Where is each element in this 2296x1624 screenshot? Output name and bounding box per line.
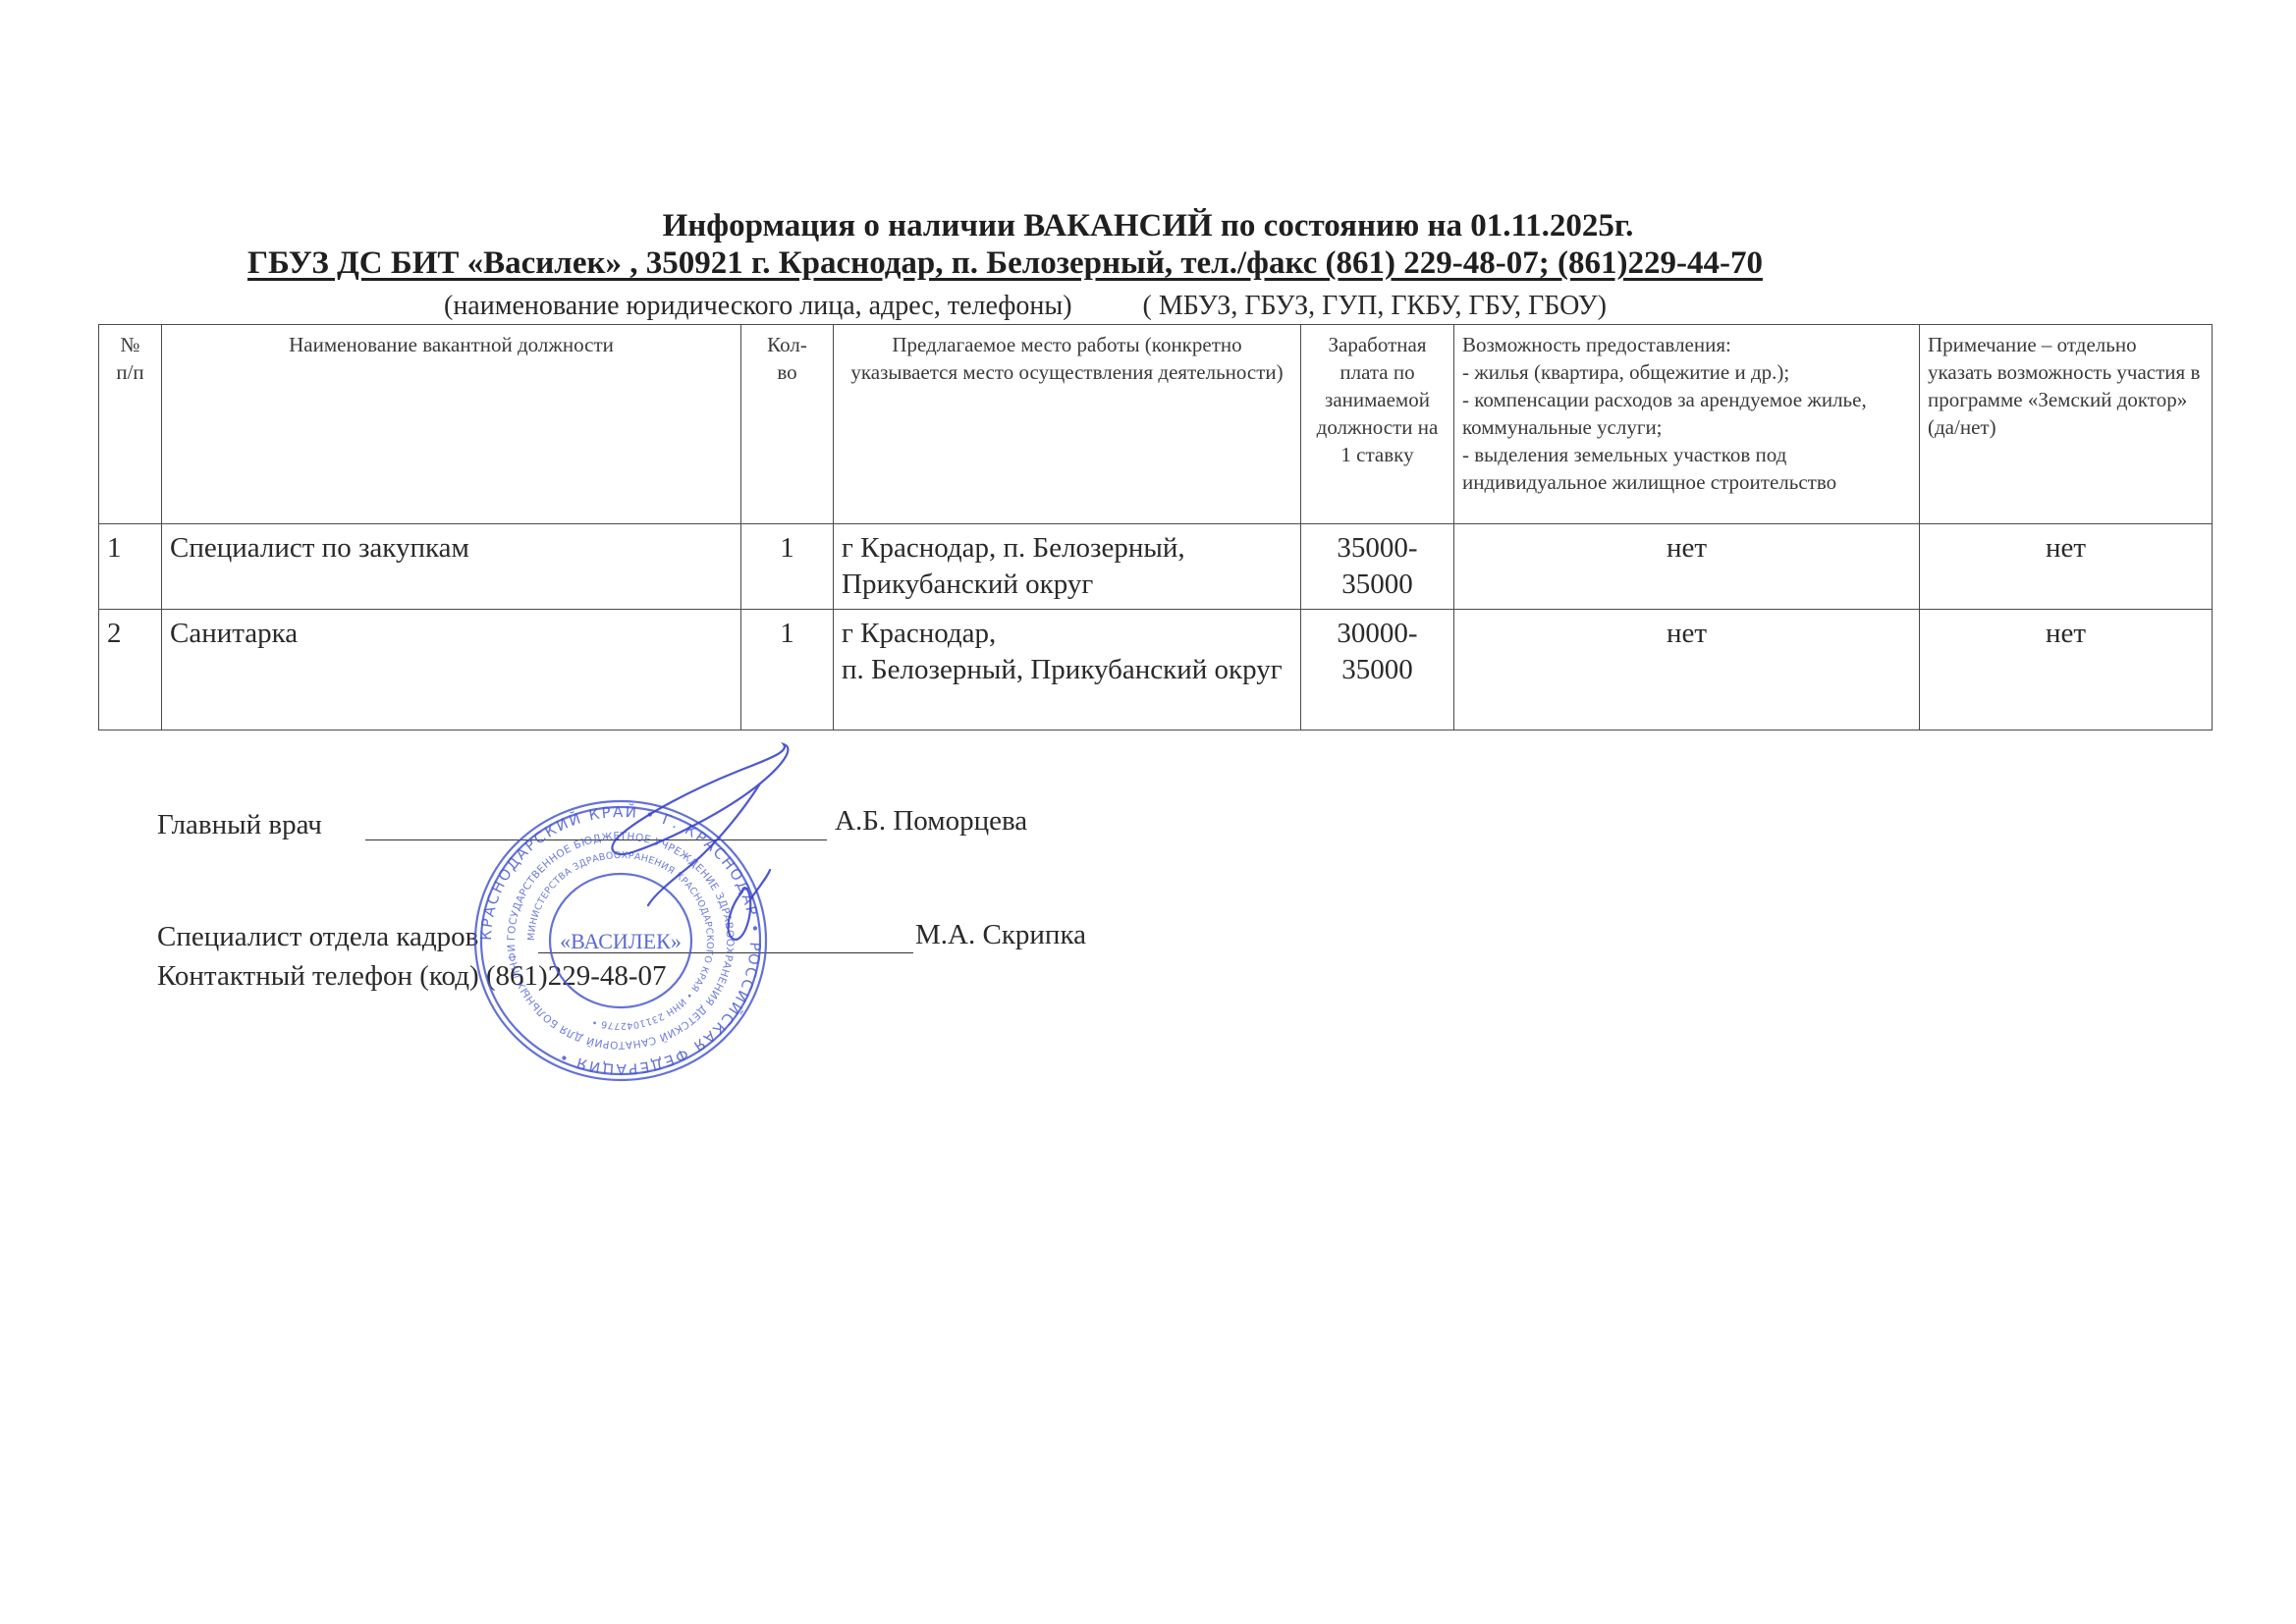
handwritten-signature-icon bbox=[550, 738, 805, 994]
cell-number: 1 bbox=[99, 524, 162, 610]
svg-text:«ВАСИЛЕК»: «ВАСИЛЕК» bbox=[560, 929, 682, 953]
table-header-row: № п/п Наименование вакантной должности К… bbox=[99, 325, 2213, 524]
document-title: Информация о наличии ВАКАНСИЙ по состоян… bbox=[0, 208, 2296, 244]
contact-phone: Контактный телефон (код) (861)229-48-07 bbox=[157, 960, 667, 993]
table-row: 2 Санитарка 1 г Краснодар, п. Белозерный… bbox=[99, 610, 2213, 731]
chief-doctor-name: А.Б. Поморцева bbox=[835, 805, 1027, 838]
chief-signature-line bbox=[365, 839, 827, 840]
chief-doctor-label: Главный врач bbox=[157, 809, 322, 841]
hr-specialist-name: М.А. Скрипка bbox=[915, 919, 1086, 951]
header-position: Наименование вакантной должности bbox=[162, 325, 741, 524]
cell-count: 1 bbox=[741, 524, 834, 610]
cell-zemsky-doctor: нет bbox=[1920, 524, 2213, 610]
cell-benefits: нет bbox=[1454, 610, 1920, 731]
cell-number: 2 bbox=[99, 610, 162, 731]
cell-salary: 35000- 35000 bbox=[1301, 524, 1454, 610]
hr-signature-line bbox=[538, 952, 913, 953]
document-page: Информация о наличии ВАКАНСИЙ по состоян… bbox=[0, 0, 2296, 1624]
svg-text:МИНИСТЕРСТВА ЗДРАВООХРАНЕНИЯ К: МИНИСТЕРСТВА ЗДРАВООХРАНЕНИЯ КРАСНОДАРСК… bbox=[526, 850, 715, 1031]
header-number: № п/п bbox=[99, 325, 162, 524]
organization-caption: (наименование юридического лица, адрес, … bbox=[444, 291, 1607, 322]
organization-caption-text: (наименование юридического лица, адрес, … bbox=[444, 291, 1072, 321]
organization-line: ГБУЗ ДС БИТ «Василек» , 350921 г. Красно… bbox=[247, 245, 1763, 282]
svg-text:КРАСНОДАРСКИЙ КРАЙ • Г. КРАСНО: КРАСНОДАРСКИЙ КРАЙ • Г. КРАСНОДАР • РОСС… bbox=[477, 802, 764, 1078]
cell-position: Специалист по закупкам bbox=[162, 524, 741, 610]
cell-position: Санитарка bbox=[162, 610, 741, 731]
cell-salary: 30000- 35000 bbox=[1301, 610, 1454, 731]
table-row: 1 Специалист по закупкам 1 г Краснодар, … bbox=[99, 524, 2213, 610]
vacancies-table: № п/п Наименование вакантной должности К… bbox=[98, 324, 2213, 731]
organization-types: ( МБУЗ, ГБУЗ, ГУП, ГКБУ, ГБУ, ГБОУ) bbox=[1143, 291, 1607, 321]
cell-count: 1 bbox=[741, 610, 834, 731]
svg-text:ГОСУДАРСТВЕННОЕ БЮДЖЕТНОЕ УЧРЕ: ГОСУДАРСТВЕННОЕ БЮДЖЕТНОЕ УЧРЕЖДЕНИЕ ЗДР… bbox=[467, 793, 736, 1051]
header-benefits: Возможность предоставления: - жилья (ква… bbox=[1454, 325, 1920, 524]
header-count: Кол- во bbox=[741, 325, 834, 524]
cell-zemsky-doctor: нет bbox=[1920, 610, 2213, 731]
cell-workplace: г Краснодар, п. Белозерный, Прикубанский… bbox=[834, 610, 1301, 731]
cell-benefits: нет bbox=[1454, 524, 1920, 610]
header-zemsky-doctor: Примечание – отдельно указать возможност… bbox=[1920, 325, 2213, 524]
official-stamp-icon: КРАСНОДАРСКИЙ КРАЙ • Г. КРАСНОДАР • РОСС… bbox=[467, 793, 774, 1088]
hr-specialist-label: Специалист отдела кадров bbox=[157, 921, 478, 953]
header-salary: Заработная плата по занимаемой должности… bbox=[1301, 325, 1454, 524]
cell-workplace: г Краснодар, п. Белозерный, Прикубанский… bbox=[834, 524, 1301, 610]
header-workplace: Предлагаемое место работы (конкретно ука… bbox=[834, 325, 1301, 524]
